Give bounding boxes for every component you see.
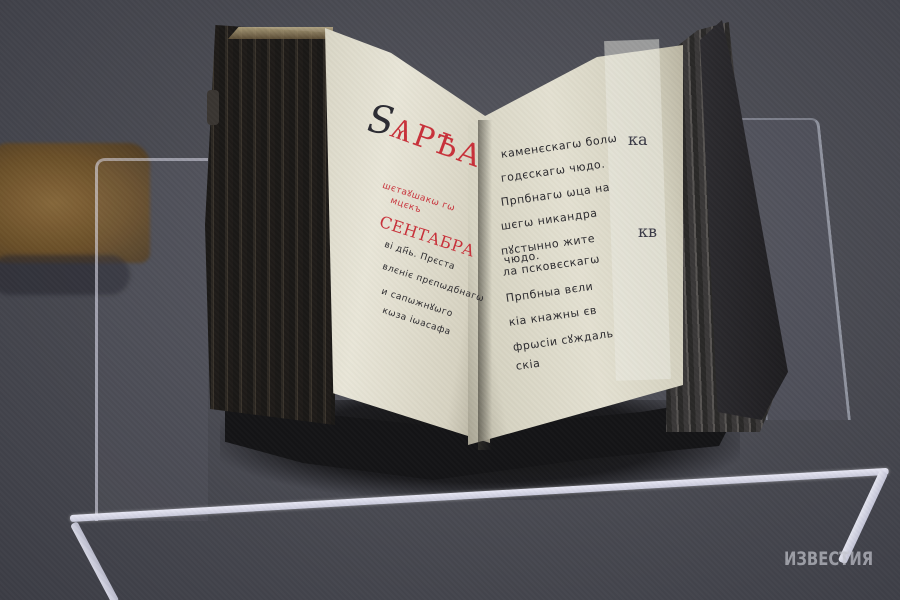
watermark-logo: ИЗВЕСТИЯ — [784, 548, 873, 570]
book-clasp — [207, 90, 219, 125]
folio-number-bottom: кв — [638, 222, 657, 241]
antique-book: S ѦРѢА шєтаꙋшакѡ гѡ мцєкъ СЕНТАБРА ві дн… — [0, 0, 900, 600]
photo-scene: S ѦРѢА шєтаꙋшакѡ гѡ мцєкъ СЕНТАБРА ві дн… — [0, 0, 900, 600]
folio-number-top: ка — [628, 130, 648, 149]
left-page-edge — [228, 27, 333, 39]
left-page-block — [205, 25, 335, 425]
book-gutter — [478, 120, 492, 450]
